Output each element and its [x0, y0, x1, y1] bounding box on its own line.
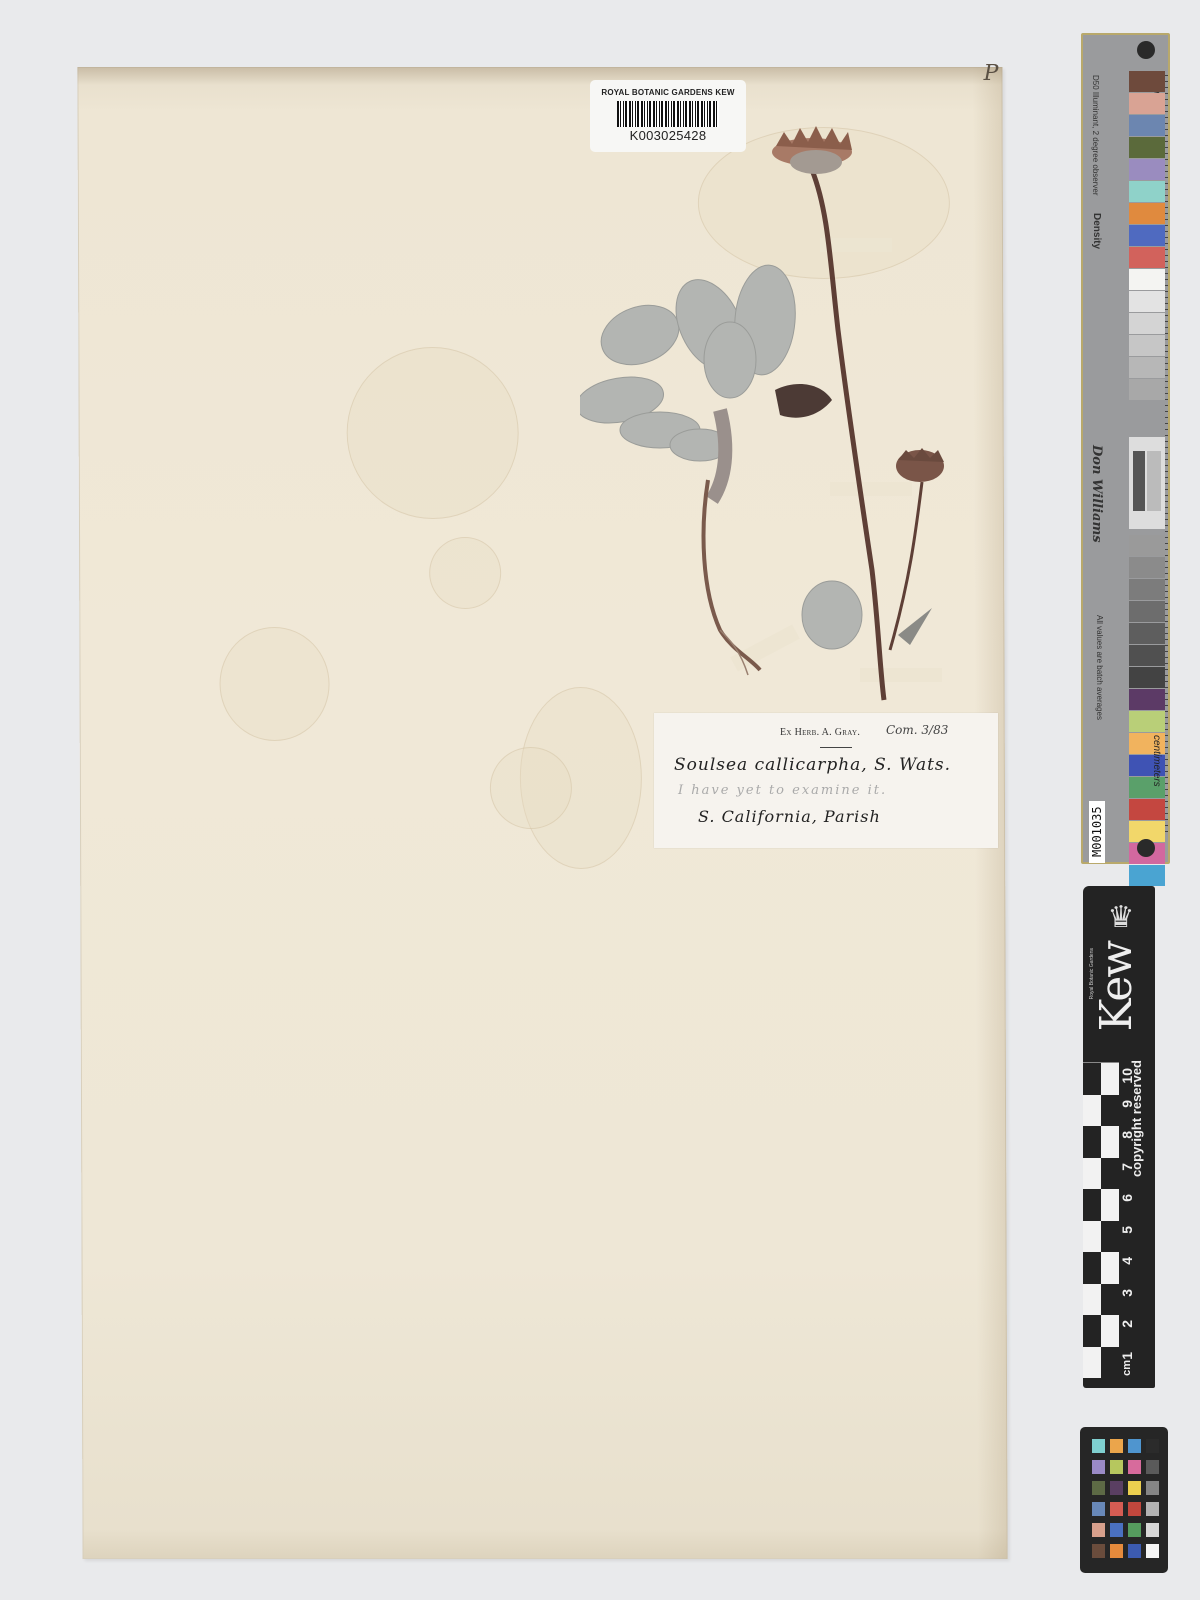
herbarium-source: Ex Herb. A. Gray.: [780, 727, 860, 738]
color-checker-patch: [1146, 1502, 1159, 1516]
ruler-number: 4: [1119, 1257, 1139, 1265]
color-swatch: [1129, 601, 1165, 622]
water-stain: [429, 537, 501, 609]
communication-date: Com. 3/83: [886, 723, 948, 737]
ruler-number: 6: [1119, 1194, 1139, 1202]
stem-leaf: [898, 608, 932, 645]
units-centimeters: centimeters: [1151, 735, 1162, 787]
ruler-segment: [1083, 1346, 1101, 1379]
registration-dot-icon: [1137, 41, 1155, 59]
ruler-segment: [1083, 1220, 1101, 1253]
color-swatches: [1129, 71, 1165, 401]
color-swatch: [1129, 269, 1165, 290]
color-swatch: [1129, 865, 1165, 886]
ruler-segment: [1083, 1062, 1101, 1095]
sheet-corner-mark: P: [984, 61, 999, 86]
water-stain: [346, 347, 519, 519]
color-checker-patch: [1110, 1460, 1123, 1474]
royal-crest-icon: ♛: [1101, 900, 1141, 936]
kew-scale-bar: ♛ Kew Royal Botanic Gardens copyright re…: [1083, 886, 1155, 1388]
color-checker-patch: [1110, 1439, 1123, 1453]
color-swatch: [1129, 225, 1165, 246]
color-swatch: [1129, 535, 1165, 556]
mounting-tape: [830, 482, 912, 496]
ruler-segment: [1101, 1314, 1119, 1347]
batch-note: All values are batch averages: [1095, 615, 1104, 720]
color-checker-patch: [1128, 1481, 1141, 1495]
color-swatch: [1129, 689, 1165, 710]
color-swatch: [1129, 291, 1165, 312]
centimeter-ruler: [1083, 1062, 1119, 1380]
ruler-segment: [1083, 1251, 1101, 1284]
color-checker-patch: [1092, 1481, 1105, 1495]
ruler-segment: [1083, 1188, 1101, 1221]
determination-label: Ex Herb. A. Gray. Com. 3/83 Soulsea call…: [654, 713, 998, 848]
color-checker-patch: [1110, 1502, 1123, 1516]
annotation-note: I have yet to examine it.: [678, 783, 887, 798]
ruler-number: 2: [1119, 1320, 1139, 1328]
color-checker-patch: [1128, 1439, 1141, 1453]
color-swatch: [1129, 71, 1165, 92]
color-checker-patch: [1146, 1544, 1159, 1558]
color-swatch: [1129, 799, 1165, 820]
plant-specimen: [580, 110, 1000, 710]
color-swatch: [1129, 557, 1165, 578]
registration-dot-icon: [1137, 839, 1155, 857]
color-checker-patch: [1110, 1544, 1123, 1558]
illuminant-note: D50 Illuminant, 2 degree observer: [1091, 75, 1100, 196]
ruler-segment: [1083, 1314, 1101, 1347]
color-checker-patch: [1110, 1523, 1123, 1537]
dried-leaf: [775, 384, 832, 418]
unit-label: cm: [1121, 1360, 1133, 1376]
gray-reference-patch: [1129, 437, 1165, 529]
ruler-number: 3: [1119, 1289, 1139, 1297]
ruler-segment: [1101, 1094, 1119, 1127]
color-checker-card: [1080, 1427, 1168, 1573]
ruler-number: 9: [1119, 1100, 1139, 1108]
color-checker-patch: [1092, 1439, 1105, 1453]
ruler-segment: [1101, 1157, 1119, 1190]
water-stain: [219, 627, 329, 741]
ruler-segment: [1101, 1125, 1119, 1158]
ruler-segment: [1083, 1157, 1101, 1190]
mounting-tape: [860, 668, 942, 682]
ruler-number: 1: [1119, 1352, 1139, 1360]
target-id-label: M001035: [1089, 801, 1105, 863]
ruler-segment: [1101, 1283, 1119, 1316]
kew-subtitle: Royal Botanic Gardens: [1089, 948, 1095, 999]
color-swatch: [1129, 203, 1165, 224]
kew-logo: Kew: [1091, 942, 1143, 1031]
color-swatch: [1129, 181, 1165, 202]
color-swatch: [1129, 623, 1165, 644]
color-swatch: [1129, 313, 1165, 334]
target-brand: Don Williams: [1089, 445, 1104, 543]
ruler-segment: [1101, 1062, 1119, 1095]
color-swatch: [1129, 645, 1165, 666]
density-label: Density: [1091, 213, 1102, 249]
rosette-leaves: [580, 263, 800, 461]
color-swatch: [1129, 247, 1165, 268]
color-checker-patch: [1146, 1523, 1159, 1537]
color-swatch: [1129, 379, 1165, 400]
color-checker-patch: [1146, 1481, 1159, 1495]
ruler-number: 10: [1119, 1068, 1139, 1084]
root: [704, 480, 760, 670]
divider: [820, 747, 852, 748]
ruler-segment: [1101, 1251, 1119, 1284]
color-swatch: [1129, 579, 1165, 600]
color-swatch: [1129, 667, 1165, 688]
color-checker-patch: [1128, 1544, 1141, 1558]
locality-collector: S. California, Parish: [698, 807, 881, 826]
water-stain: [490, 747, 572, 829]
color-swatch: [1129, 711, 1165, 732]
ruler-number: 8: [1119, 1131, 1139, 1139]
taxon-name: Soulsea callicarpha, S. Wats.: [674, 755, 951, 775]
color-swatch: [1129, 357, 1165, 378]
sheet-edge-shading: [77, 67, 1002, 85]
ruler-number: 5: [1119, 1226, 1139, 1234]
color-swatches-lower: [1129, 535, 1165, 887]
color-checker-grid: [1092, 1439, 1159, 1558]
ruler-segment: [1083, 1125, 1101, 1158]
ruler-segment: [1101, 1220, 1119, 1253]
color-checker-patch: [1092, 1502, 1105, 1516]
color-checker-patch: [1092, 1460, 1105, 1474]
color-swatch: [1129, 137, 1165, 158]
ruler-number: 7: [1119, 1163, 1139, 1171]
color-checker-patch: [1128, 1460, 1141, 1474]
color-swatch: [1129, 159, 1165, 180]
color-checker-patch: [1092, 1544, 1105, 1558]
color-swatch: [1129, 335, 1165, 356]
color-swatch: [1129, 115, 1165, 136]
ruler-segment: [1083, 1094, 1101, 1127]
color-target-strip: inches D50 Illuminant, 2 degree observer…: [1081, 33, 1170, 864]
ruler-segment: [1101, 1188, 1119, 1221]
color-checker-patch: [1092, 1523, 1105, 1537]
institution-name: ROYAL BOTANIC GARDENS KEW: [601, 88, 734, 97]
mounting-tape: [730, 625, 799, 672]
color-checker-patch: [1110, 1481, 1123, 1495]
detached-leaf: [802, 581, 862, 649]
color-checker-patch: [1128, 1523, 1141, 1537]
color-checker-patch: [1146, 1439, 1159, 1453]
ruler-segment: [1083, 1283, 1101, 1316]
scale-ticks: [1165, 75, 1168, 835]
color-checker-patch: [1128, 1502, 1141, 1516]
color-swatch: [1129, 93, 1165, 114]
ruler-segment: [1101, 1346, 1119, 1379]
color-checker-patch: [1146, 1460, 1159, 1474]
